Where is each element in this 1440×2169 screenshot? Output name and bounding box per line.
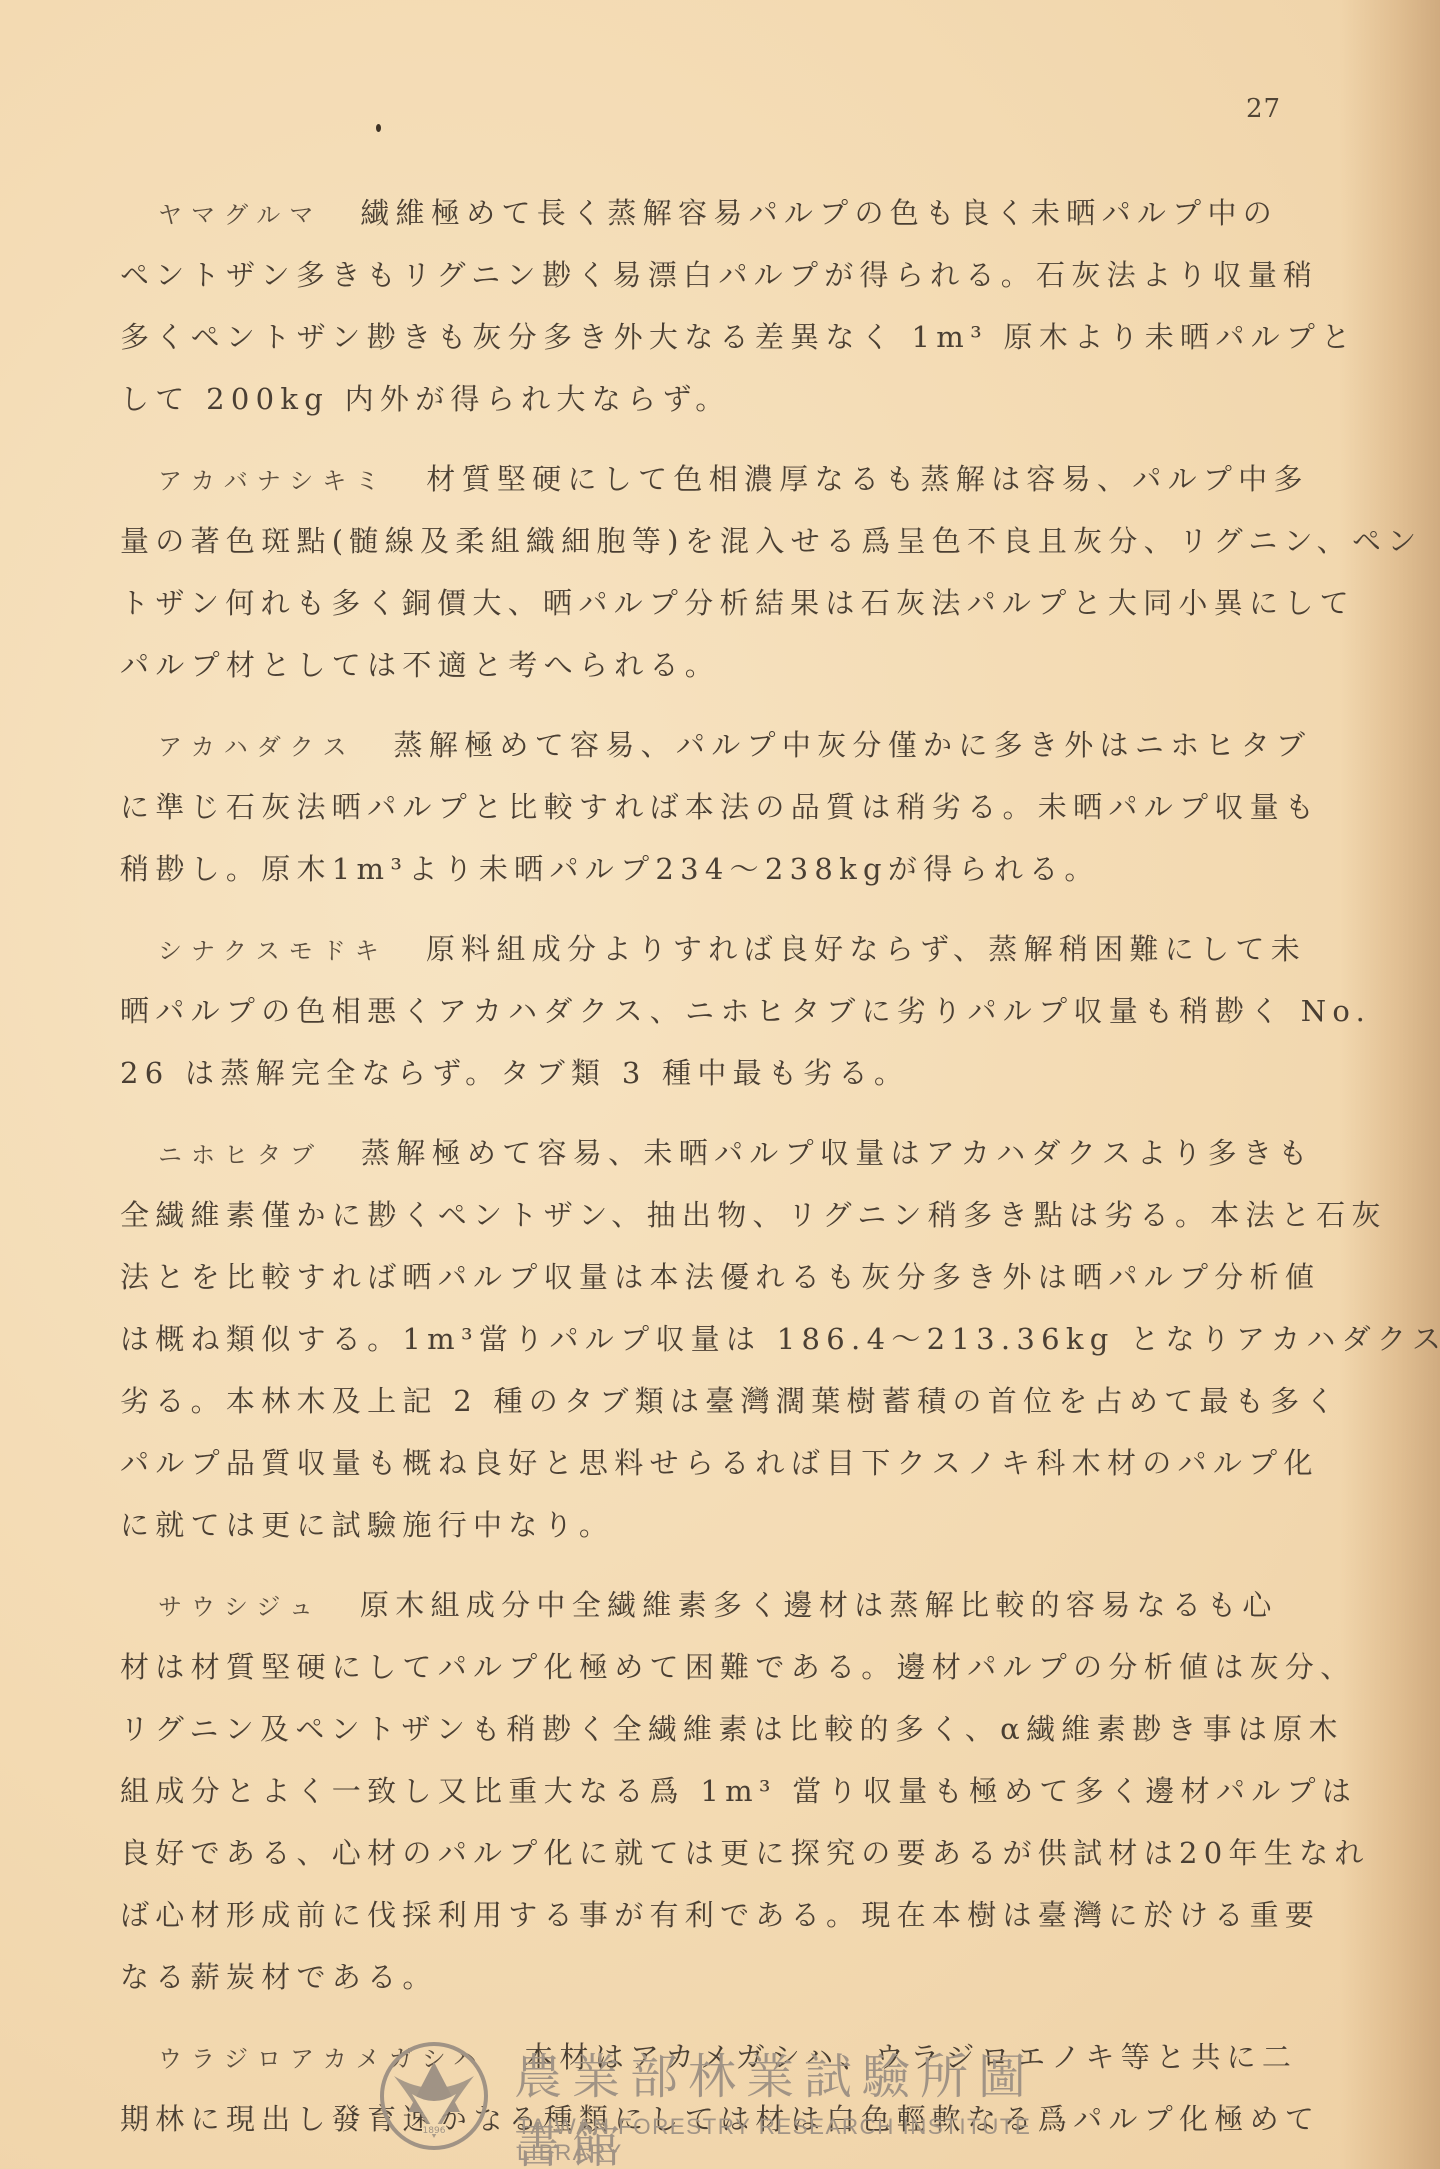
species-heading: ニホヒタブ: [158, 1124, 323, 1186]
text-line: 法とを比較すれば晒パルプ収量は本法優れるも灰分多き外は晒パルプ分析値: [120, 1246, 1290, 1308]
text-line: 良好である、心材のパルプ化に就ては更に探究の要あるが供試材は20年生なれ: [120, 1822, 1290, 1884]
text-line: ニホヒタブ蒸解極めて容易、未晒パルプ収量はアカハダクスより多きも: [120, 1122, 1290, 1184]
library-name-en: TAIWAN FORESTRY RESEARCH INSTITUTE LIBRA…: [517, 2114, 1072, 2166]
text-line: に就ては更に試驗施行中なり。: [120, 1494, 1290, 1556]
paragraph-yamaguruma: ヤマグルマ繊維極めて長く蒸解容易パルプの色も良く未晒パルプ中の ペントザン多きも…: [120, 182, 1290, 430]
text-line: 晒パルプの色相悪くアカハダクス、ニホヒタブに劣りパルプ収量も稍尠く No.: [120, 980, 1290, 1042]
library-watermark: 1896 農業部林業試驗所圖書館 TAIWAN FORESTRY RESEARC…: [372, 2032, 1072, 2160]
species-heading: シナクスモドキ: [158, 920, 388, 982]
text-line: 量の著色斑點(髄線及柔組織細胞等)を混入せる爲呈色不良且灰分、リグニン、ペン: [120, 510, 1290, 572]
line-text: 繊維極めて長く蒸解容易パルプの色も良く未晒パルプ中の: [360, 196, 1278, 230]
text-line: トザン何れも多く銅價大、晒パルプ分析結果は石灰法パルプと大同小異にして: [120, 572, 1290, 634]
line-text: 蒸解極めて容易、パルプ中灰分僅かに多き外はニホヒタブ: [394, 728, 1312, 762]
species-heading: ヤマグルマ: [158, 184, 322, 246]
text-line: サウシジュ原木組成分中全繊維素多く邊材は蒸解比較的容易なるも心: [120, 1574, 1290, 1636]
line-text: 原木組成分中全繊維素多く邊材は蒸解比較的容易なるも心: [360, 1588, 1278, 1622]
text-line: アカハダクス蒸解極めて容易、パルプ中灰分僅かに多き外はニホヒタブ: [120, 714, 1290, 776]
text-line: 多くペントザン尠きも灰分多き外大なる差異なく 1m³ 原木より未晒パルプと: [120, 306, 1290, 368]
page-number: 27: [1246, 94, 1281, 124]
text-line: して 200kg 内外が得られ大ならず。: [120, 368, 1290, 430]
text-line: ヤマグルマ繊維極めて長く蒸解容易パルプの色も良く未晒パルプ中の: [120, 182, 1290, 244]
text-line: 全繊維素僅かに尠くペントザン、抽出物、リグニン稍多き點は劣る。本法と石灰: [120, 1184, 1290, 1246]
text-line: 組成分とよく一致し又比重大なる爲 1m³ 當り収量も極めて多く邊材パルプは: [120, 1760, 1290, 1822]
text-line: 材は材質堅硬にしてパルプ化極めて困難である。邊材パルプの分析値は灰分、: [120, 1636, 1290, 1698]
text-line: リグニン及ペントザンも稍尠く全繊維素は比較的多く、α繊維素尠き事は原木: [120, 1698, 1290, 1760]
text-line: に準じ石灰法晒パルプと比較すれば本法の品質は稍劣る。未晒パルプ収量も: [120, 776, 1290, 838]
paragraph-akabanashikimi: アカバナシキミ材質堅硬にして色相濃厚なるも蒸解は容易、パルプ中多 量の著色斑點(…: [120, 448, 1290, 696]
text-line: パルプ材としては不適と考へられる。: [120, 634, 1290, 696]
paragraph-nihohitabu: ニホヒタブ蒸解極めて容易、未晒パルプ収量はアカハダクスより多きも 全繊維素僅かに…: [120, 1122, 1290, 1556]
text-line: アカバナシキミ材質堅硬にして色相濃厚なるも蒸解は容易、パルプ中多: [120, 448, 1290, 510]
text-line: なる薪炭材である。: [120, 1946, 1290, 2008]
text-line: シナクスモドキ原料組成分よりすれば良好ならず、蒸解稍困難にして未: [120, 918, 1290, 980]
text-line: ペントザン多きもリグニン尠く易漂白パルプが得られる。石灰法より収量稍: [120, 244, 1290, 306]
text-line: 稍尠し。原木1m³より未晒パルプ234〜238kgが得られる。: [120, 838, 1290, 900]
ink-speck: [376, 124, 381, 132]
species-heading: アカハダクス: [158, 716, 356, 778]
line-text: 材質堅硬にして色相濃厚なるも蒸解は容易、パルプ中多: [426, 462, 1309, 496]
species-heading: アカバナシキミ: [158, 450, 388, 512]
species-heading: サウシジュ: [158, 1576, 322, 1638]
line-text: 原料組成分よりすれば良好ならず、蒸解稍困難にして未: [426, 932, 1306, 966]
paragraph-akahadakusu: アカハダクス蒸解極めて容易、パルプ中灰分僅かに多き外はニホヒタブ に準じ石灰法晒…: [120, 714, 1290, 900]
body-text: ヤマグルマ繊維極めて長く蒸解容易パルプの色も良く未晒パルプ中の ペントザン多きも…: [120, 182, 1290, 2168]
scanned-page: 27 ヤマグルマ繊維極めて長く蒸解容易パルプの色も良く未晒パルプ中の ペントザン…: [0, 0, 1440, 2169]
paragraph-saushiju: サウシジュ原木組成分中全繊維素多く邊材は蒸解比較的容易なるも心 材は材質堅硬にし…: [120, 1574, 1290, 2008]
text-line: ば心材形成前に伐採利用する事が有利である。現在本樹は臺灣に於ける重要: [120, 1884, 1290, 1946]
svg-text:1896: 1896: [423, 2126, 446, 2136]
paragraph-shinakusumodoki: シナクスモドキ原料組成分よりすれば良好ならず、蒸解稍困難にして未 晒パルプの色相…: [120, 918, 1290, 1104]
text-line: 劣る。本林木及上記 2 種のタブ類は臺灣濶葉樹蓄積の首位を占めて最も多く: [120, 1370, 1290, 1432]
text-line: 26 は蒸解完全ならず。タブ類 3 種中最も劣る。: [120, 1042, 1290, 1104]
text-line: は概ね類似する。1m³當りパルプ収量は 186.4〜213.36kg となりアカ…: [120, 1308, 1290, 1370]
line-text: 蒸解極めて容易、未晒パルプ収量はアカハダクスより多きも: [361, 1136, 1314, 1170]
tfri-seal-icon: 1896: [372, 2034, 496, 2158]
text-line: パルプ品質収量も概ね良好と思料せらるれば目下クスノキ科木材のパルプ化: [120, 1432, 1290, 1494]
